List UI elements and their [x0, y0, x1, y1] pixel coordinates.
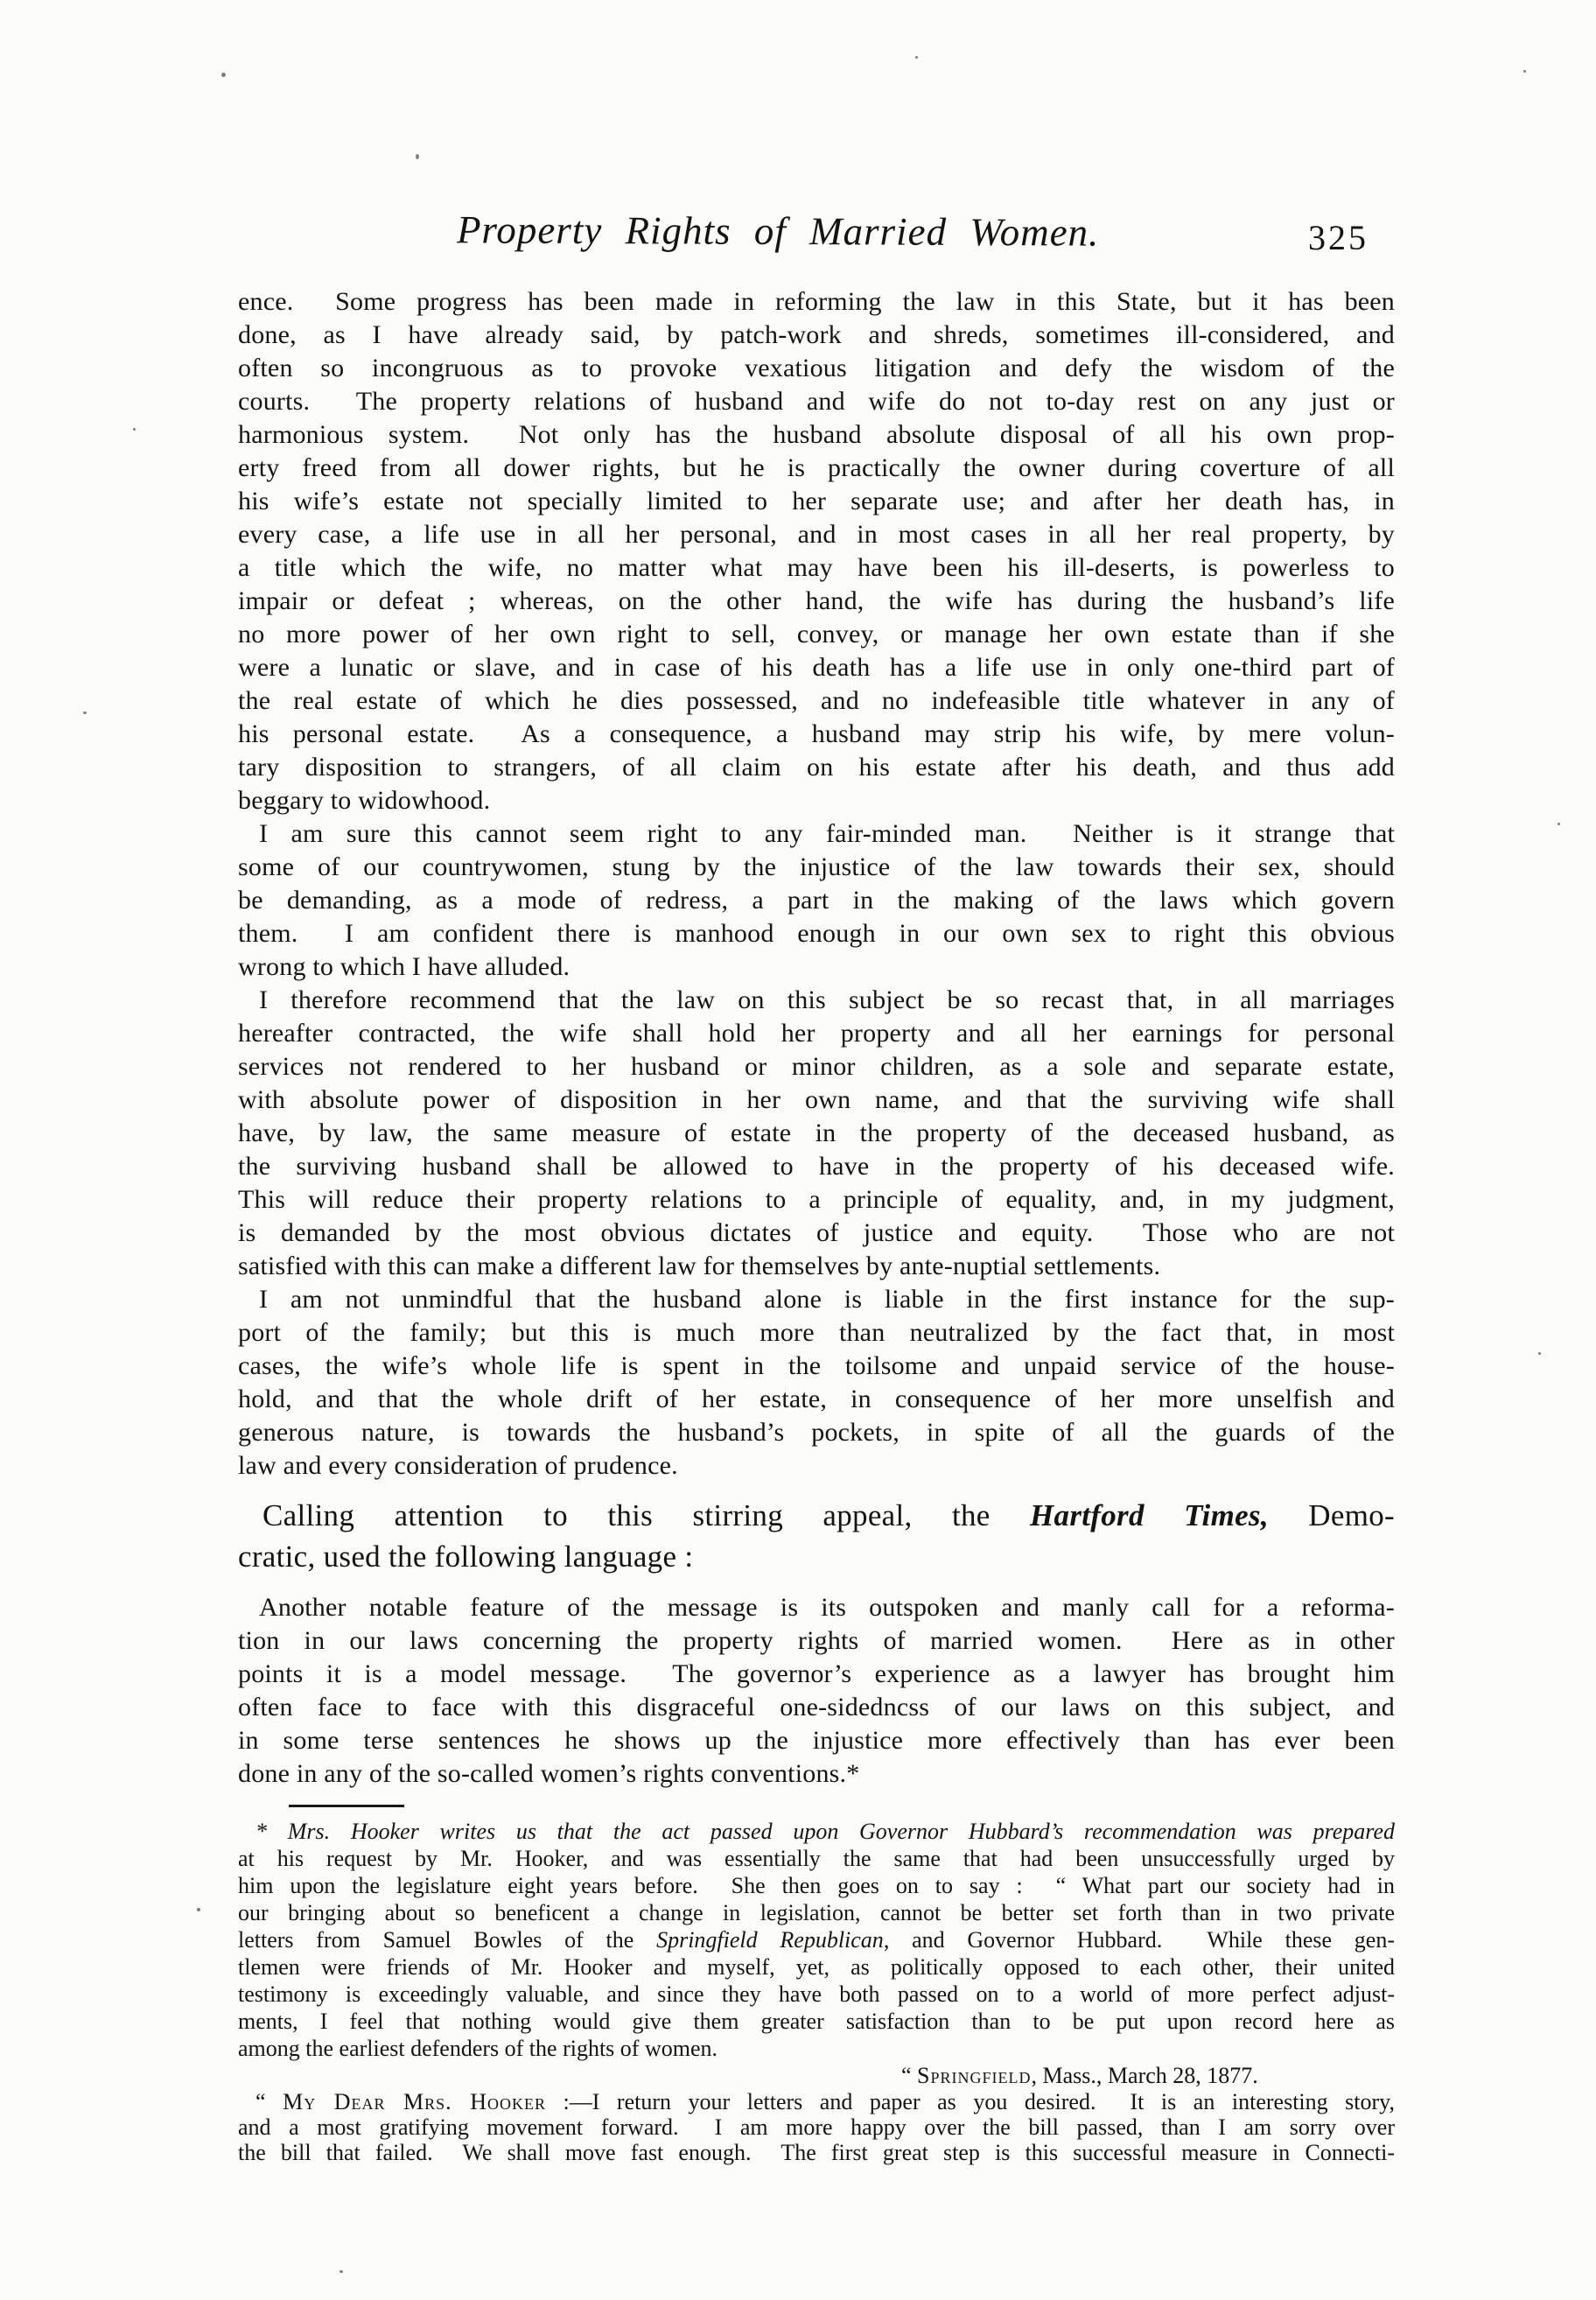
- text-line: tion in our laws concerning the property…: [238, 1624, 1395, 1658]
- text-line: hereafter contracted, the wife shall hol…: [238, 1017, 1395, 1050]
- text-line: no more power of her own right to sell, …: [238, 618, 1395, 651]
- text-line: at his request by Mr. Hooker, and was es…: [238, 1845, 1395, 1872]
- body-paragraph-3: I therefore recommend that the law on th…: [238, 984, 1395, 1283]
- text-line: services not rendered to her husband or …: [238, 1050, 1395, 1083]
- footnote-letter: “ My Dear Mrs. Hooker :—I return your le…: [238, 2089, 1395, 2165]
- quote-paragraph: Another notable feature of the message i…: [238, 1591, 1395, 1791]
- text-line: I am not unmindful that the husband alon…: [238, 1283, 1395, 1316]
- text-line: them. I am confident there is manhood en…: [238, 917, 1395, 950]
- text-line: hold, and that the whole drift of her es…: [238, 1383, 1395, 1416]
- text-line: port of the family; but this is much mor…: [238, 1316, 1395, 1350]
- text-line: Calling attention to this stirring appea…: [238, 1495, 1395, 1536]
- scan-speckle: [1557, 823, 1560, 825]
- text-line: This will reduce their property relation…: [238, 1183, 1395, 1217]
- text-line: done, as I have already said, by patch-w…: [238, 319, 1395, 352]
- text-line: ence. Some progress has been made in ref…: [238, 285, 1395, 319]
- italic-text: * Mrs. Hooker writes us that the act pas…: [255, 1819, 1395, 1844]
- text-line: “ My Dear Mrs. Hooker :—I return your le…: [238, 2089, 1395, 2114]
- scanned-book-page: Property Rights of Married Women. 325 en…: [0, 0, 1596, 2300]
- body-paragraph-4: I am not unmindful that the husband alon…: [238, 1283, 1395, 1483]
- text-line: erty freed from all dower rights, but he…: [238, 452, 1395, 485]
- text-line: have, by law, the same measure of estate…: [238, 1117, 1395, 1150]
- text-line: cratic, used the following language :: [238, 1536, 1395, 1577]
- text-line: generous nature, is towards the husband’…: [238, 1416, 1395, 1449]
- text-line: cases, the wife’s whole life is spent in…: [238, 1350, 1395, 1383]
- text-line: his wife’s estate not specially limited …: [238, 485, 1395, 518]
- smallcaps-text: Springfield: [917, 2063, 1031, 2088]
- text-column: ence. Some progress has been made in ref…: [238, 285, 1395, 2165]
- text-line: points it is a model message. The govern…: [238, 1658, 1395, 1691]
- scan-speckle: [133, 428, 136, 431]
- text-line: satisfied with this can make a different…: [238, 1250, 1395, 1283]
- text-line: tlemen were friends of Mr. Hooker and my…: [238, 1953, 1395, 1981]
- text-line: I therefore recommend that the law on th…: [238, 984, 1395, 1017]
- text-line: law and every consideration of prudence.: [238, 1449, 1395, 1483]
- text-line: is demanded by the most obvious dictates…: [238, 1217, 1395, 1250]
- text-line: I am sure this cannot seem right to any …: [238, 817, 1395, 851]
- text-line: letters from Samuel Bowles of the Spring…: [238, 1926, 1395, 1953]
- text-line: our bringing about so beneficent a chang…: [238, 1899, 1395, 1926]
- italic-text: Springfield Republican: [656, 1927, 884, 1953]
- text-line: him upon the legislature eight years bef…: [238, 1872, 1395, 1899]
- text-line: * Mrs. Hooker writes us that the act pas…: [238, 1818, 1395, 1845]
- text-line: done in any of the so-called women’s rig…: [238, 1757, 1395, 1791]
- text-line: among the earliest defenders of the righ…: [238, 2035, 1395, 2062]
- text-line: tary disposition to strangers, of all cl…: [238, 751, 1395, 784]
- page-title: Property Rights of Married Women.: [457, 207, 1100, 255]
- smallcaps-text: My Dear Mrs. Hooker: [283, 2089, 546, 2114]
- page-number: 325: [1308, 217, 1368, 258]
- text-line: the real estate of which he dies possess…: [238, 684, 1395, 718]
- scan-speckle: [1538, 1352, 1541, 1355]
- text-line: the bill that failed. We shall move fast…: [238, 2140, 1395, 2165]
- scan-speckle: [416, 154, 419, 159]
- scan-speckle: [221, 73, 226, 77]
- scan-speckle: [83, 712, 87, 714]
- body-paragraph-1: ence. Some progress has been made in ref…: [238, 285, 1395, 817]
- text-line: in some terse sentences he shows up the …: [238, 1724, 1395, 1757]
- text-line: a title which the wife, no matter what m…: [238, 551, 1395, 585]
- scan-speckle: [197, 1908, 200, 1911]
- text-line: the surviving husband shall be allowed t…: [238, 1150, 1395, 1183]
- text-line: harmonious system. Not only has the husb…: [238, 418, 1395, 452]
- body-paragraph-2: I am sure this cannot seem right to any …: [238, 817, 1395, 984]
- text-line: his personal estate. As a consequence, a…: [238, 718, 1395, 751]
- text-line: impair or defeat ; whereas, on the other…: [238, 585, 1395, 618]
- text-line: “ Springfield, Mass., March 28, 1877.: [238, 2062, 1395, 2089]
- scan-speckle: [915, 56, 918, 59]
- text-line: some of our countrywomen, stung by the i…: [238, 851, 1395, 884]
- footnote-paragraph: * Mrs. Hooker writes us that the act pas…: [238, 1818, 1395, 2062]
- italic-text: Hartford Times,: [1030, 1498, 1269, 1532]
- text-line: courts. The property relations of husban…: [238, 385, 1395, 418]
- footnote-dateline: “ Springfield, Mass., March 28, 1877.: [238, 2062, 1395, 2089]
- text-line: wrong to which I have alluded.: [238, 950, 1395, 984]
- text-line: Another notable feature of the message i…: [238, 1591, 1395, 1624]
- text-line: often face to face with this disgraceful…: [238, 1691, 1395, 1724]
- running-head: Property Rights of Married Women. 325: [238, 208, 1395, 270]
- text-line: be demanding, as a mode of redress, a pa…: [238, 884, 1395, 917]
- text-line: testimony is exceedingly valuable, and s…: [238, 1981, 1395, 2008]
- scan-speckle: [1523, 70, 1526, 73]
- text-line: ments, I feel that nothing would give th…: [238, 2008, 1395, 2035]
- text-line: and a most gratifying movement forward. …: [238, 2114, 1395, 2140]
- text-line: often so incongruous as to provoke vexat…: [238, 352, 1395, 385]
- text-line: were a lunatic or slave, and in case of …: [238, 651, 1395, 684]
- display-paragraph: Calling attention to this stirring appea…: [238, 1495, 1395, 1577]
- text-line: every case, a life use in all her person…: [238, 518, 1395, 551]
- text-line: beggary to widowhood.: [238, 784, 1395, 817]
- scan-speckle: [339, 2270, 343, 2273]
- text-line: with absolute power of disposition in he…: [238, 1083, 1395, 1117]
- footnote-rule: [289, 1805, 404, 1807]
